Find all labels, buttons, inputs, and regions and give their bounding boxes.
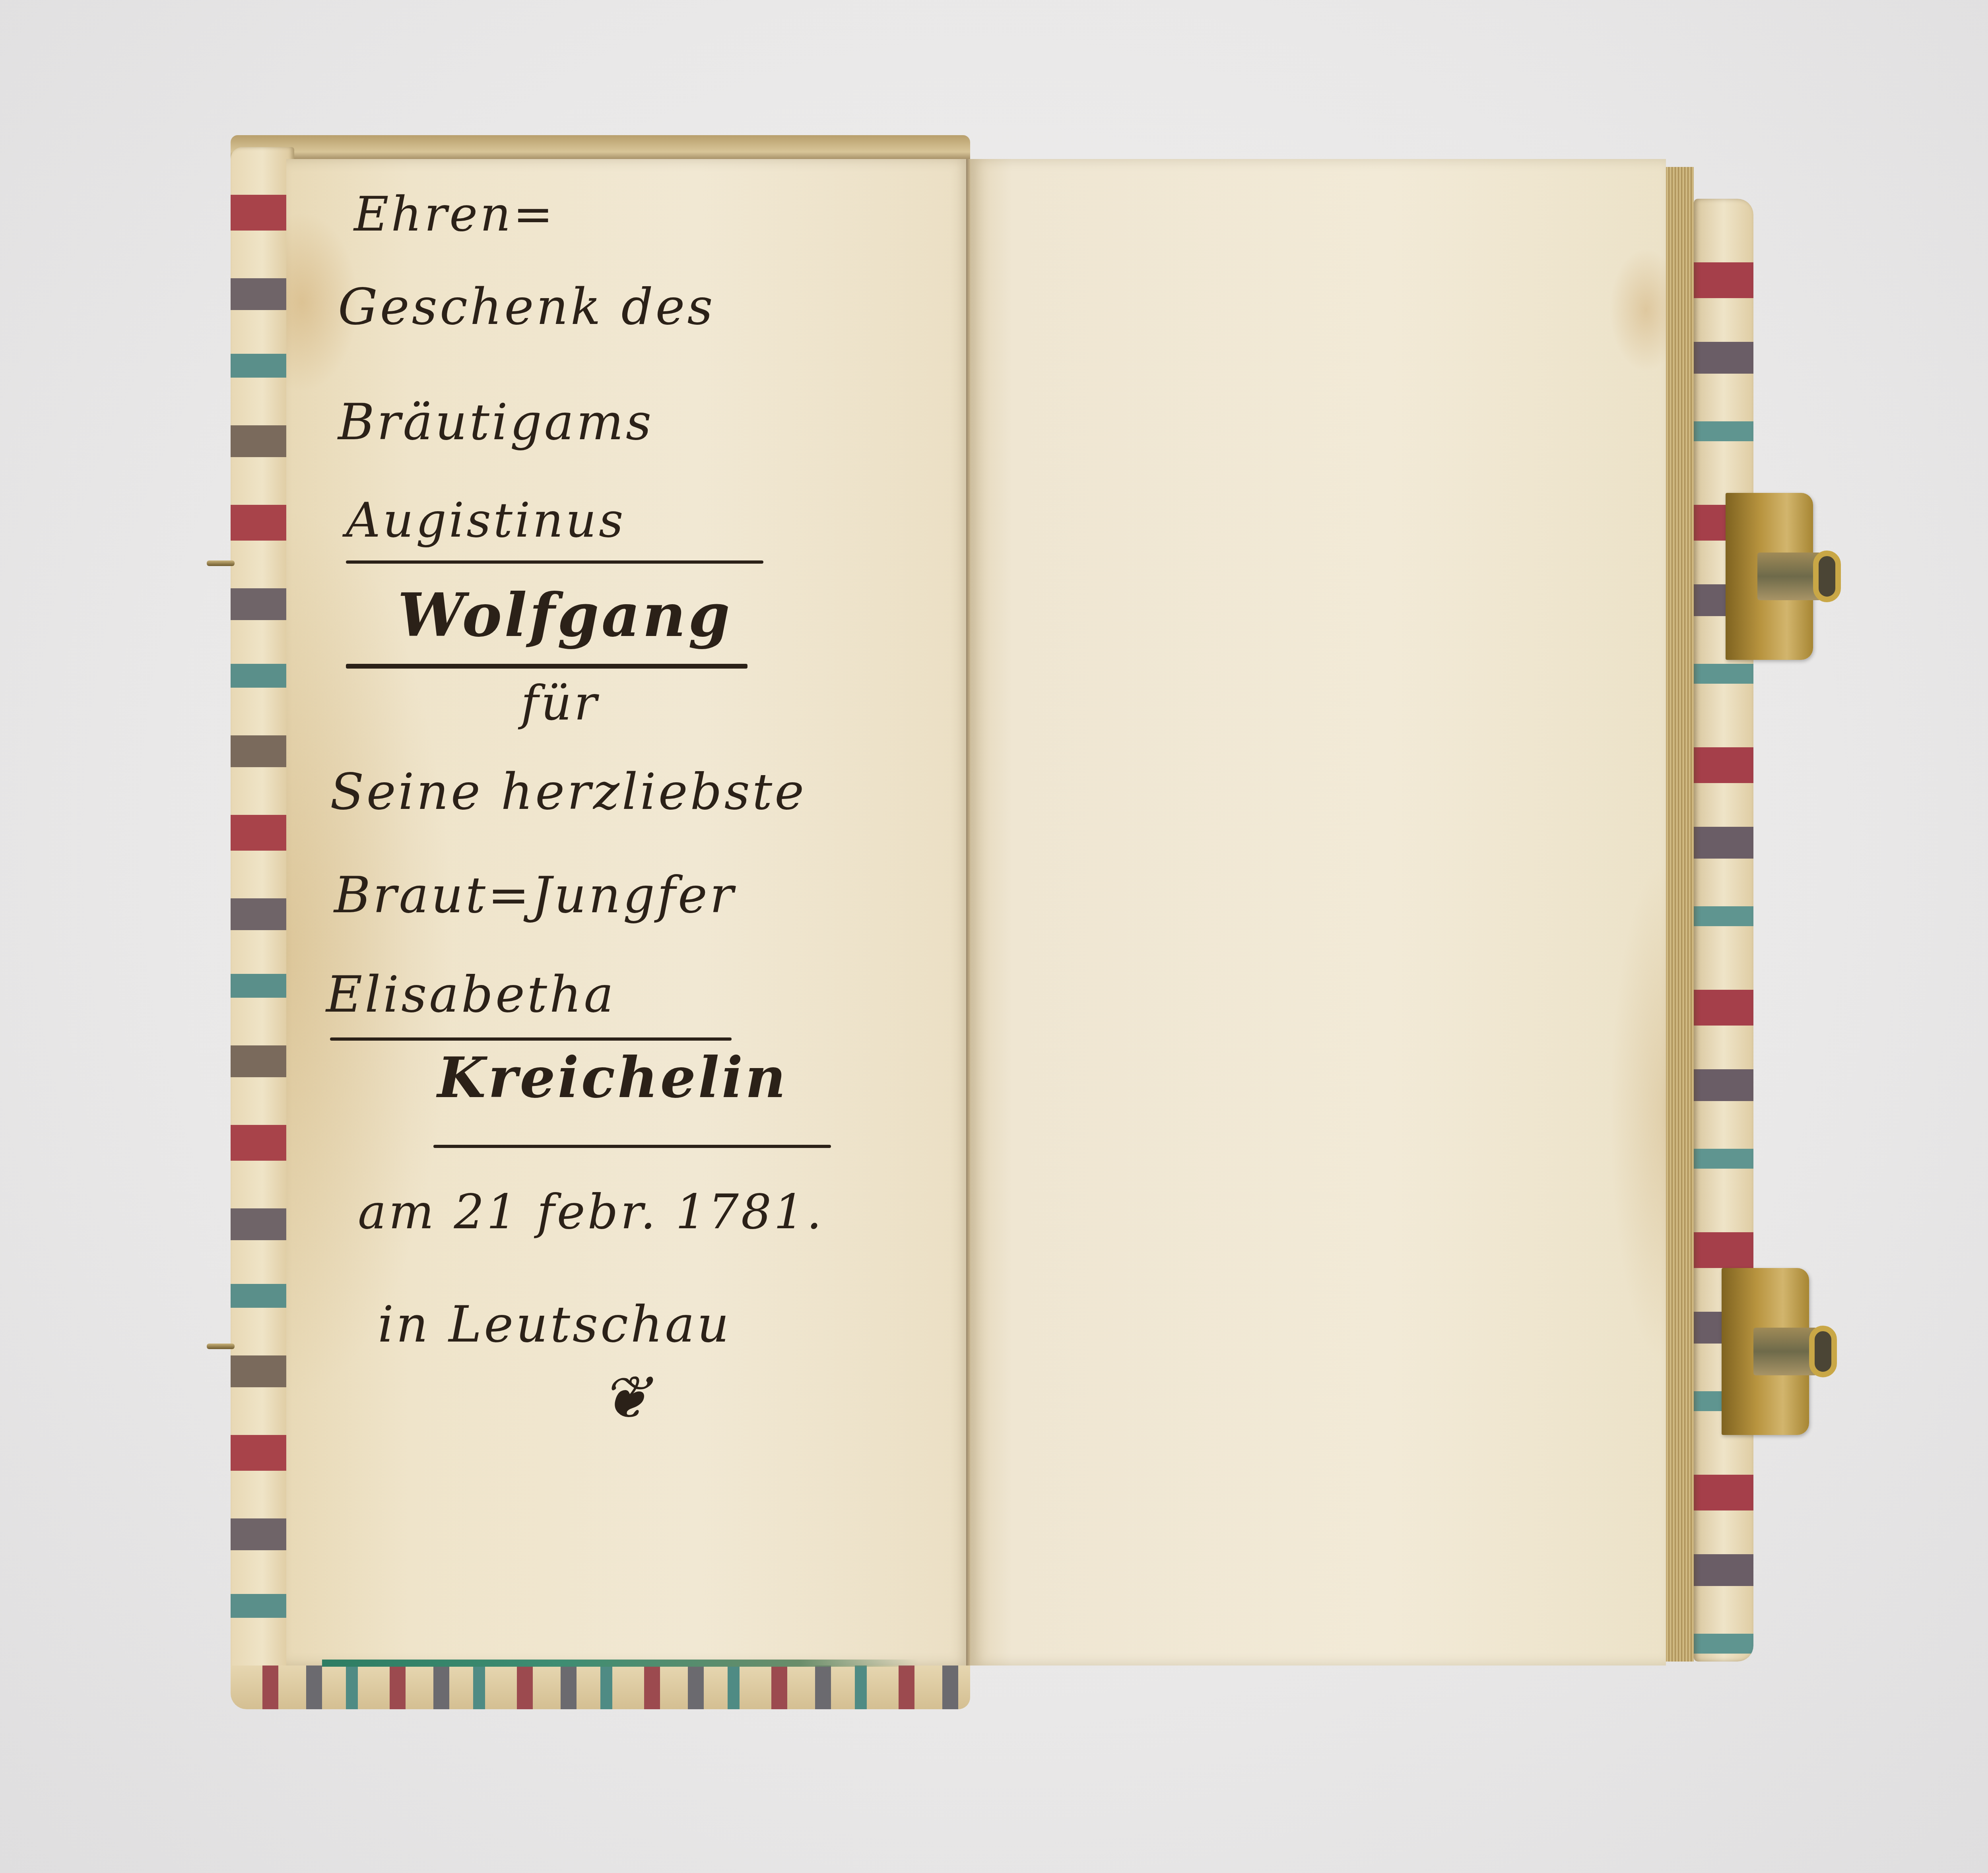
inscription-line-groom-first-name: Augistinus <box>346 493 625 548</box>
clasp-ring <box>1809 1326 1837 1377</box>
inscription-line-bride-surname: Kreichelin <box>437 1045 788 1111</box>
inscription-line-place: in Leutschau <box>378 1296 732 1353</box>
inscription-line-bride-first-name: Elisabetha <box>326 966 616 1024</box>
cover-pin-icon <box>207 560 235 566</box>
clasp-ring <box>1813 551 1841 602</box>
lower-brass-clasp-icon <box>1722 1268 1841 1435</box>
clasp-plate <box>1757 553 1821 600</box>
underline-stroke <box>346 664 747 669</box>
open-book: Ehren= Geschenk des Bräutigams Augistinu… <box>223 135 1765 1709</box>
cover-bottom-edge <box>231 1666 970 1709</box>
handwritten-dedication: Ehren= Geschenk des Bräutigams Augistinu… <box>286 159 970 1666</box>
right-page-blank <box>970 159 1666 1666</box>
inscription-line-groom-surname: Wolfgang <box>398 580 732 650</box>
inscription-line: Braut=Jungfer <box>334 867 736 924</box>
green-page-edge <box>322 1660 918 1667</box>
underline-stroke <box>433 1145 831 1148</box>
left-cover-decorated-edge <box>231 147 294 1689</box>
inscription-line-date: am 21 febr. 1781. <box>358 1185 824 1240</box>
clasp-plate <box>1753 1328 1817 1375</box>
underline-stroke <box>330 1037 732 1041</box>
ink-flourish-icon: ❦ <box>600 1363 650 1433</box>
gilt-fore-edge <box>1666 167 1694 1662</box>
left-page-flyleaf: Ehren= Geschenk des Bräutigams Augistinu… <box>286 159 971 1666</box>
inscription-line: für <box>521 676 599 731</box>
inscription-line: Ehren= <box>354 187 555 242</box>
upper-brass-clasp-icon <box>1726 493 1845 660</box>
cover-pin-icon <box>207 1344 235 1349</box>
inscription-line: Seine herzliebste <box>330 763 806 821</box>
inscription-line: Geschenk des <box>338 278 715 336</box>
inscription-line: Bräutigams <box>338 394 654 451</box>
underline-stroke <box>346 560 763 564</box>
right-cover-decorated-edge <box>1694 199 1753 1662</box>
